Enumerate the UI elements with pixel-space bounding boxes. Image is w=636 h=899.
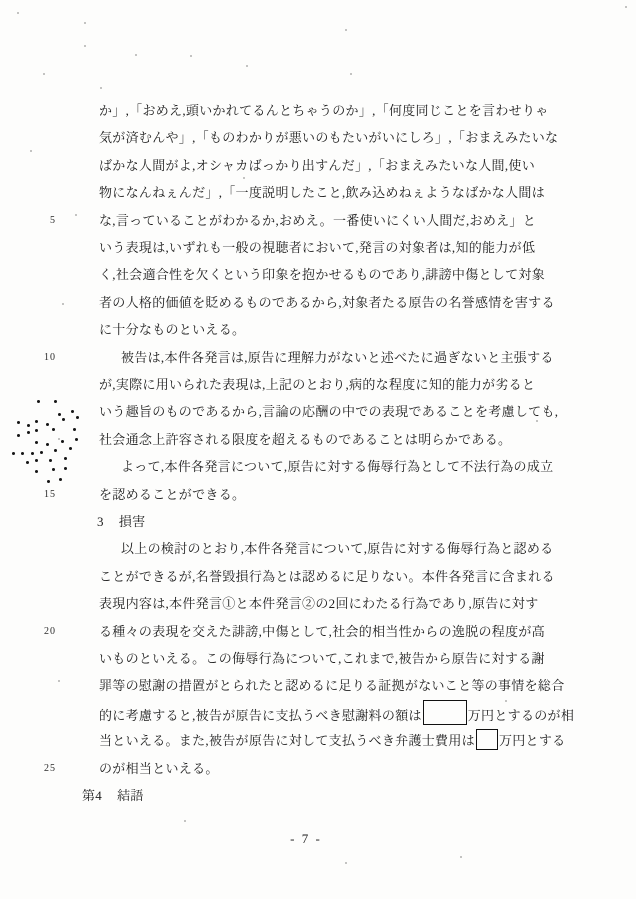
ink-dot — [31, 452, 34, 455]
ink-dot — [35, 429, 38, 432]
text-line: 物になんねぇんだ」,「一度説明したこと,飲み込めねぇようなばかな人間は — [99, 179, 545, 206]
scan-speck — [243, 177, 245, 179]
ink-dot — [17, 421, 20, 424]
scanned-page: 510152025 か」,「おめえ,頭いかれてるんとちゃうのか」,「何度同じこと… — [0, 0, 636, 899]
ink-dot — [26, 461, 29, 464]
line-number-marker: 15 — [30, 481, 56, 508]
text-line: 以上の検討のとおり,本件各発言について,原告に対する侮辱行為と認める — [121, 535, 553, 562]
section-heading: 第4結語 — [82, 782, 144, 809]
ink-dot — [12, 452, 15, 455]
scan-speck — [400, 545, 402, 547]
scan-speck — [183, 332, 185, 334]
scan-speck — [100, 87, 102, 89]
line-number-marker: 20 — [30, 618, 56, 645]
ink-dot — [75, 438, 78, 441]
scan-speck — [75, 214, 77, 216]
text-line: 的に考慮すると,被告が原告に支払うべき慰謝料の額は万円とするのが相 — [99, 700, 574, 727]
ink-dot — [64, 457, 67, 460]
ink-dot — [54, 449, 57, 452]
scan-speck — [536, 420, 538, 422]
scan-speck — [62, 303, 64, 305]
scan-speck — [350, 73, 352, 75]
ink-dot — [52, 428, 55, 431]
redaction-box — [423, 700, 467, 725]
ink-dot — [27, 431, 30, 434]
scan-speck — [625, 6, 627, 8]
ink-dot — [21, 452, 24, 455]
ink-dot — [35, 441, 38, 444]
heading-number: 3 — [97, 514, 104, 529]
line-number-marker: 5 — [30, 207, 56, 234]
ink-dot — [46, 423, 49, 426]
scan-speck — [135, 54, 137, 56]
scan-speck — [184, 820, 186, 822]
page-number: - 7 - — [0, 831, 612, 847]
ink-dot — [58, 413, 61, 416]
text-line: 社会通念上許容される限度を超えるものであることは明らかである。 — [99, 426, 511, 453]
ink-dot — [61, 440, 64, 443]
text-line: に十分なものといえる。 — [99, 316, 245, 343]
ink-dot — [54, 400, 57, 403]
ink-dot — [52, 468, 55, 471]
scan-speck — [190, 55, 192, 57]
text-line: る種々の表現を交えた誹謗,中傷として,社会的相当性からの逸脱の程度が高 — [99, 618, 545, 645]
scan-speck — [30, 150, 32, 152]
text-line: ことができるが,名誉毀損行為とは認めるに足りない。本件各発言に含まれる — [99, 563, 555, 590]
ink-dot — [37, 400, 40, 403]
text-line: が,実際に用いられた表現は,上記のとおり,病的な程度に知的能力が劣ると — [99, 371, 535, 398]
text-line: 当といえる。また,被告が原告に対して支払うべき弁護士費用は万円とする — [99, 727, 565, 754]
text-line: いものといえる。この侮辱行為について,これまで,被告から原告に対する謝 — [99, 645, 545, 672]
scan-speck — [17, 12, 19, 14]
scan-speck — [505, 700, 507, 702]
text-line: な,言っていることがわかるか,おめえ。一番使いにくい人間だ,おめえ」と — [99, 207, 536, 234]
heading-number: 第4 — [82, 788, 102, 803]
ink-dot — [27, 424, 30, 427]
scan-speck — [58, 438, 60, 440]
scan-speck — [246, 65, 248, 67]
text-line: く,社会適合性を欠くという印象を抱かせるものであり,誹謗中傷として対象 — [99, 261, 545, 288]
text-line: のが相当といえる。 — [99, 755, 219, 782]
ink-dot — [40, 451, 43, 454]
scan-speck — [345, 862, 347, 864]
ink-dot — [59, 478, 62, 481]
text-line: を認めることができる。 — [99, 481, 245, 508]
text-line: いう表現は,いずれも一般の視聴者において,発言の対象者は,知的能力が低 — [99, 234, 535, 261]
ink-dot — [76, 416, 79, 419]
text-line: 罪等の慰謝の措置がとられたと認めるに足りる証拠がないこと等の事情を総合 — [99, 672, 565, 699]
scan-speck — [58, 680, 60, 682]
scan-speck — [84, 45, 86, 47]
ink-dot — [49, 459, 52, 462]
text-line: いう趣旨のものであるから,言論の応酬の中での表現であることを考慮しても, — [99, 398, 558, 425]
ink-dot — [35, 470, 38, 473]
section-heading: 3損害 — [97, 508, 145, 535]
heading-title: 結語 — [117, 788, 144, 803]
ink-dot — [35, 459, 38, 462]
text-line: ばかな人間がよ,オシャカばっかり出すんだ」,「おまえみたいな人間,使い — [99, 152, 535, 179]
scan-speck — [43, 73, 45, 75]
ink-dot — [62, 418, 65, 421]
redaction-box — [476, 729, 498, 750]
ink-dot — [17, 434, 20, 437]
line-number-marker: 10 — [30, 344, 56, 371]
text-line: 気が済むんや」,「ものわかりが悪いのもたいがいにしろ」,「おまえみたいな — [99, 124, 558, 151]
text-line: よって,本件各発言について,原告に対する侮辱行為として不法行為の成立 — [121, 453, 553, 480]
text-line: 表現内容は,本件発言①と本件発言②の2回にわたる行為であり,原告に対す — [99, 590, 539, 617]
text-line: か」,「おめえ,頭いかれてるんとちゃうのか」,「何度同じことを言わせりゃ — [99, 97, 549, 124]
text-line: 者の人格的価値を貶めるものであるから,対象者たる原告の名誉感情を害する — [99, 289, 555, 316]
ink-dot — [64, 467, 67, 470]
scan-speck — [460, 856, 462, 858]
heading-title: 損害 — [119, 514, 146, 529]
text-line: 被告は,本件各発言は,原告に理解力がないと述べたに過ぎないと主張する — [121, 344, 554, 371]
scan-speck — [84, 22, 86, 24]
ink-dot — [71, 410, 74, 413]
ink-dot — [73, 428, 76, 431]
line-number-marker: 25 — [30, 755, 56, 782]
scan-speck — [345, 29, 347, 31]
ink-dot — [47, 480, 50, 483]
ink-dot — [46, 443, 49, 446]
ink-dot — [35, 420, 38, 423]
ink-dot — [69, 447, 72, 450]
